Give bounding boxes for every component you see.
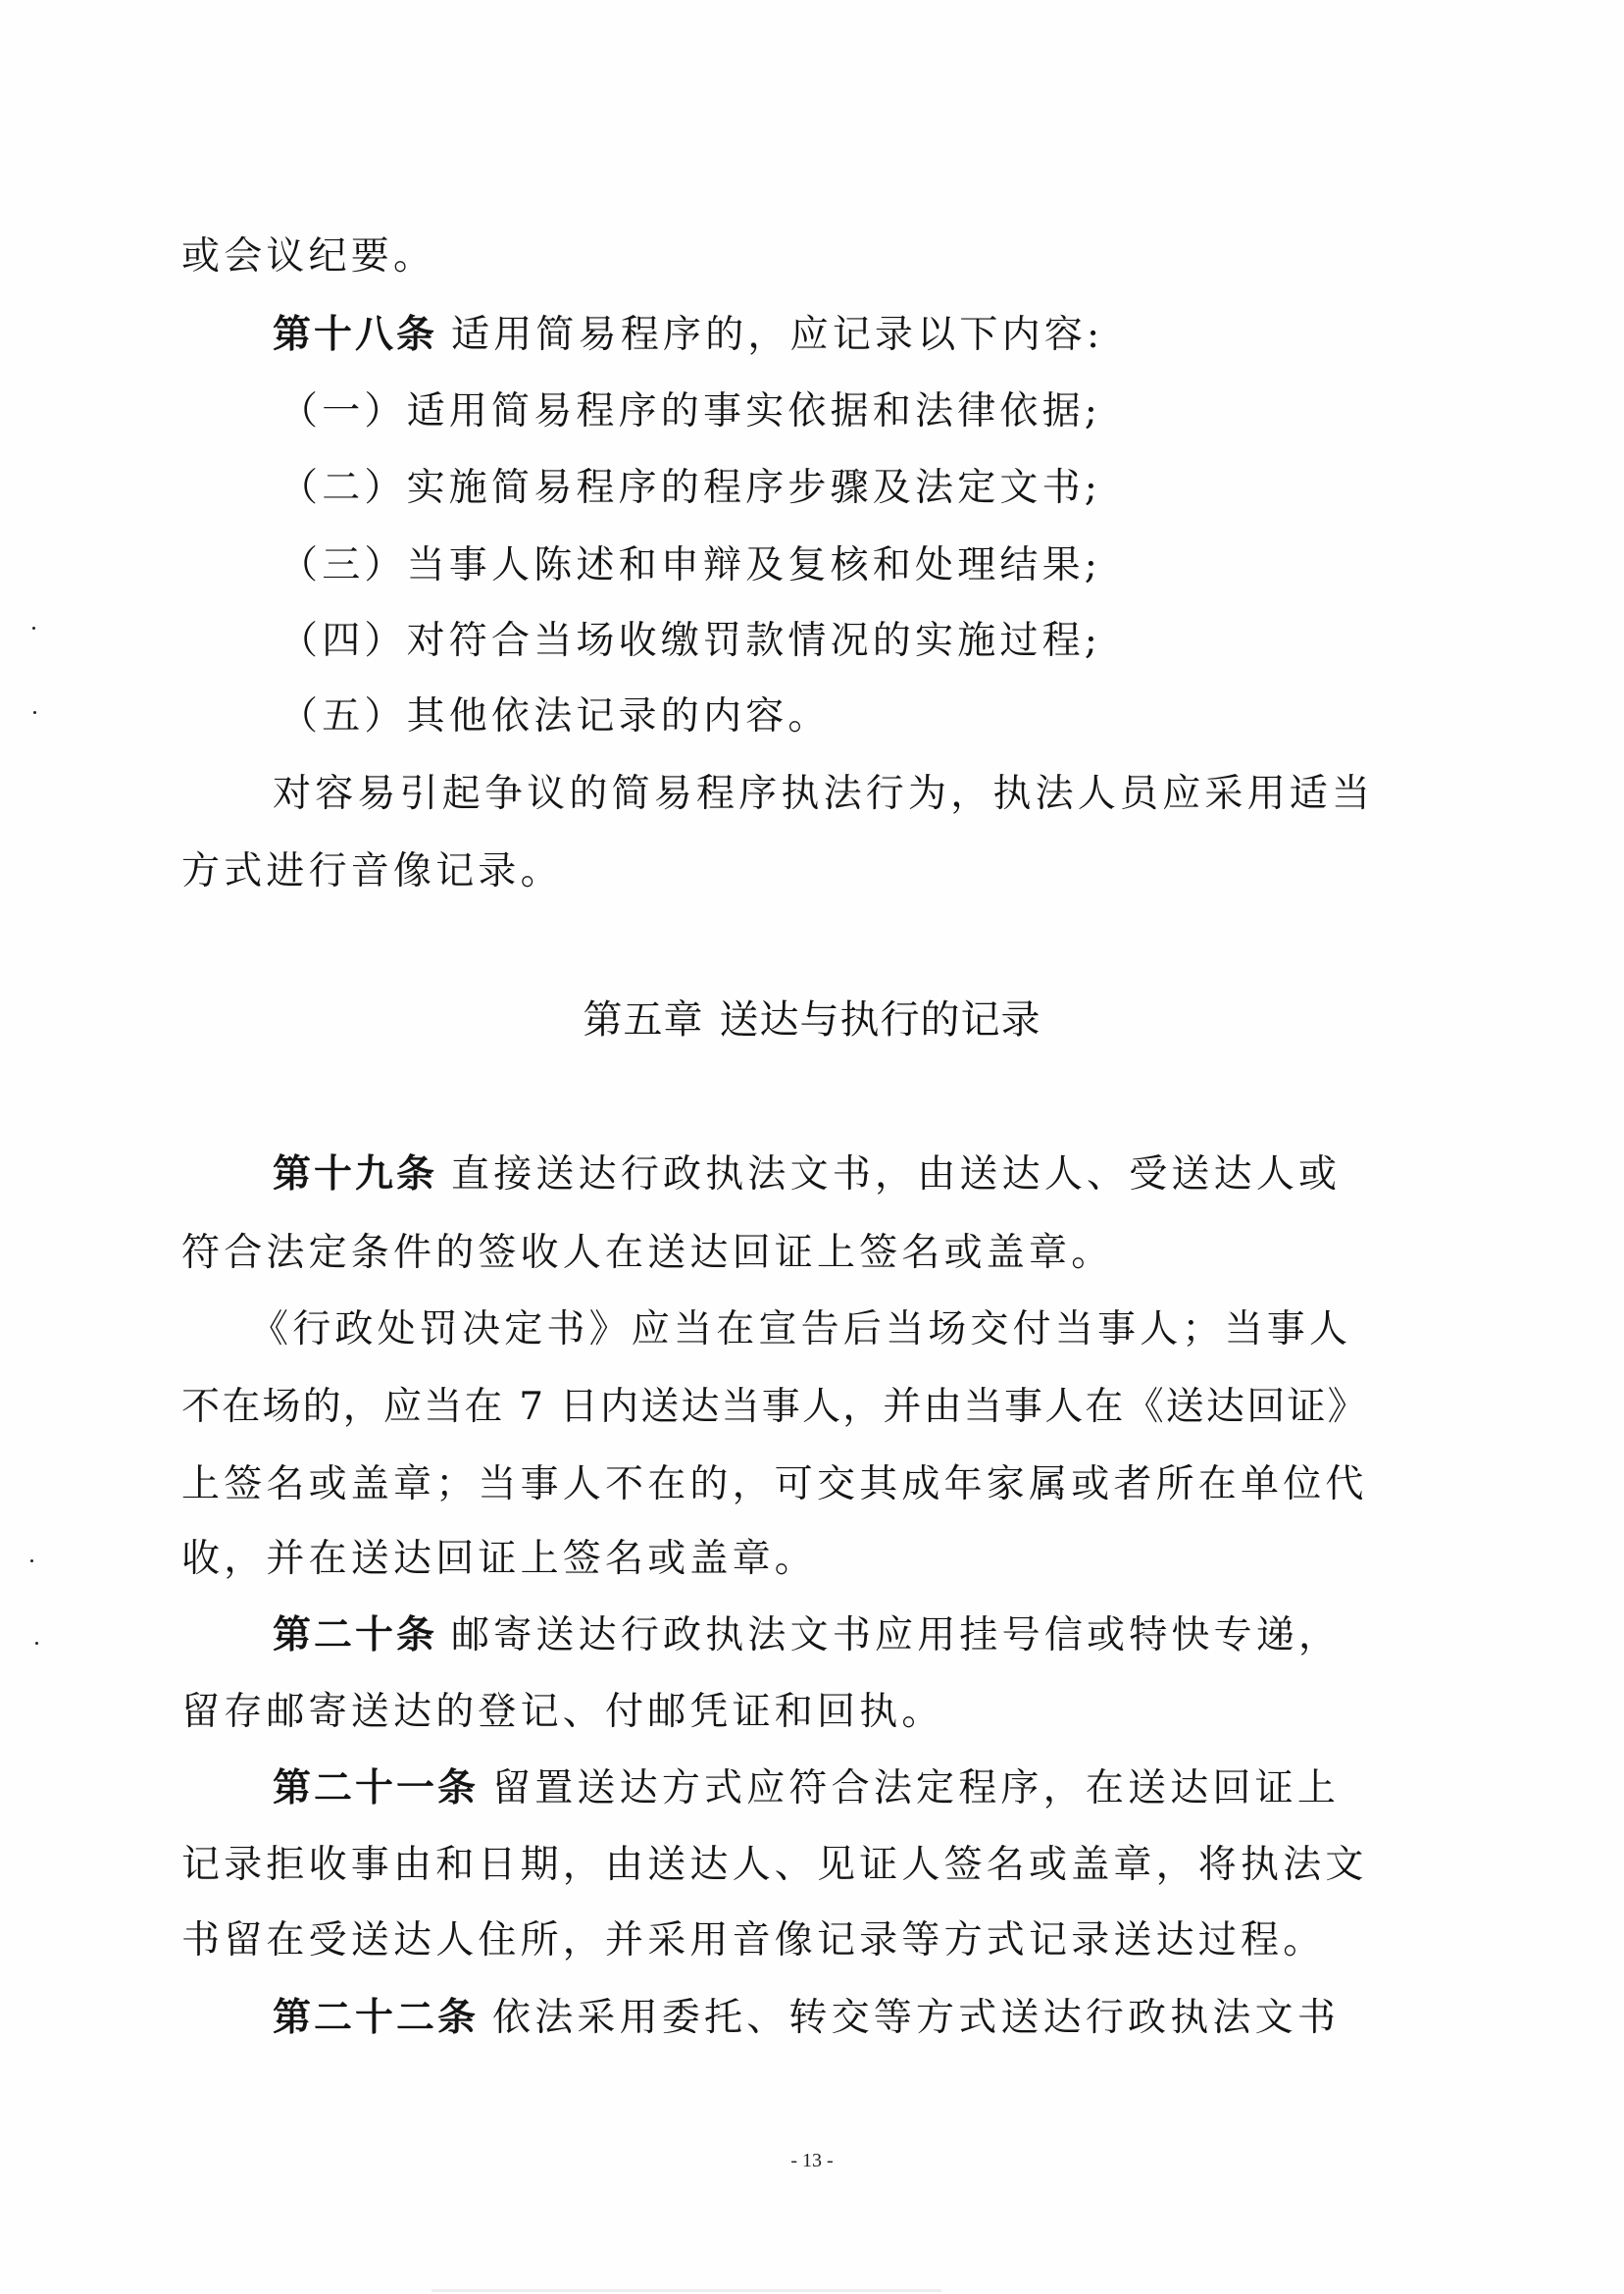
paragraph: 书留在受送达人住所，并采用音像记录等方式记录送达过程。 [181, 1917, 1325, 1964]
scan-speck [35, 1642, 38, 1645]
list-item: （五）其他依法记录的内容。 [279, 693, 831, 740]
paragraph: 对容易引起争议的简易程序执法行为，执法人员应采用适当 [273, 771, 1374, 818]
scan-edge-artifact [431, 2289, 941, 2292]
paragraph: 符合法定条件的签收人在送达回证上签名或盖章。 [181, 1230, 1113, 1277]
paragraph: 记录拒收事由和日期，由送达人、见证人签名或盖章，将执法文 [181, 1842, 1368, 1889]
article-21: 第二十一条留置送达方式应符合法定程序，在送达回证上 [273, 1765, 1340, 1812]
list-item: （二）实施简易程序的程序步骤及法定文书; [279, 465, 1101, 512]
page-number: - 13 - [0, 2150, 1624, 2172]
article-label: 第十八条 [273, 313, 437, 357]
paragraph: 不在场的，应当在 7 日内送达当事人，并由当事人在《送达回证》 [181, 1384, 1368, 1431]
scan-speck [30, 1559, 33, 1562]
document-page: 或会议纪要。 第十八条适用简易程序的，应记录以下内容: （一）适用简易程序的事实… [0, 0, 1624, 2294]
chapter-heading: 第五章送达与执行的记录 [0, 996, 1624, 1044]
article-22: 第二十二条依法采用委托、转交等方式送达行政执法文书 [273, 1995, 1340, 2042]
chapter-title: 送达与执行的记录 [720, 997, 1041, 1043]
article-20: 第二十条邮寄送达行政执法文书应用挂号信或特快专递， [273, 1612, 1341, 1659]
list-item: （四）对符合当场收缴罚款情况的实施过程; [279, 618, 1101, 665]
scan-speck [32, 627, 35, 630]
article-label: 第二十条 [273, 1613, 437, 1657]
chapter-number: 第五章 [584, 997, 704, 1043]
article-19: 第十九条直接送达行政执法文书，由送达人、受送达人或 [273, 1151, 1341, 1198]
list-item: （一）适用简易程序的事实依据和法律依据; [279, 388, 1101, 435]
paragraph-continuation: 或会议纪要。 [181, 233, 435, 280]
article-label: 第十九条 [273, 1152, 437, 1197]
paragraph: 收，并在送达回证上签名或盖章。 [181, 1536, 817, 1583]
scan-speck [33, 711, 36, 714]
article-label: 第二十一条 [273, 1766, 479, 1810]
paragraph: 《行政处罚决定书》应当在宣告后当场交付当事人；当事人 [250, 1306, 1351, 1353]
article-label: 第二十二条 [273, 1996, 479, 2040]
list-item: （三）当事人陈述和申辩及复核和处理结果; [279, 542, 1101, 589]
paragraph: 方式进行音像记录。 [181, 848, 563, 895]
paragraph: 留存邮寄送达的登记、付邮凭证和回执。 [181, 1689, 944, 1736]
article-18: 第十八条适用简易程序的，应记录以下内容: [273, 312, 1103, 359]
paragraph: 上签名或盖章；当事人不在的，可交其成年家属或者所在单位代 [181, 1461, 1368, 1508]
